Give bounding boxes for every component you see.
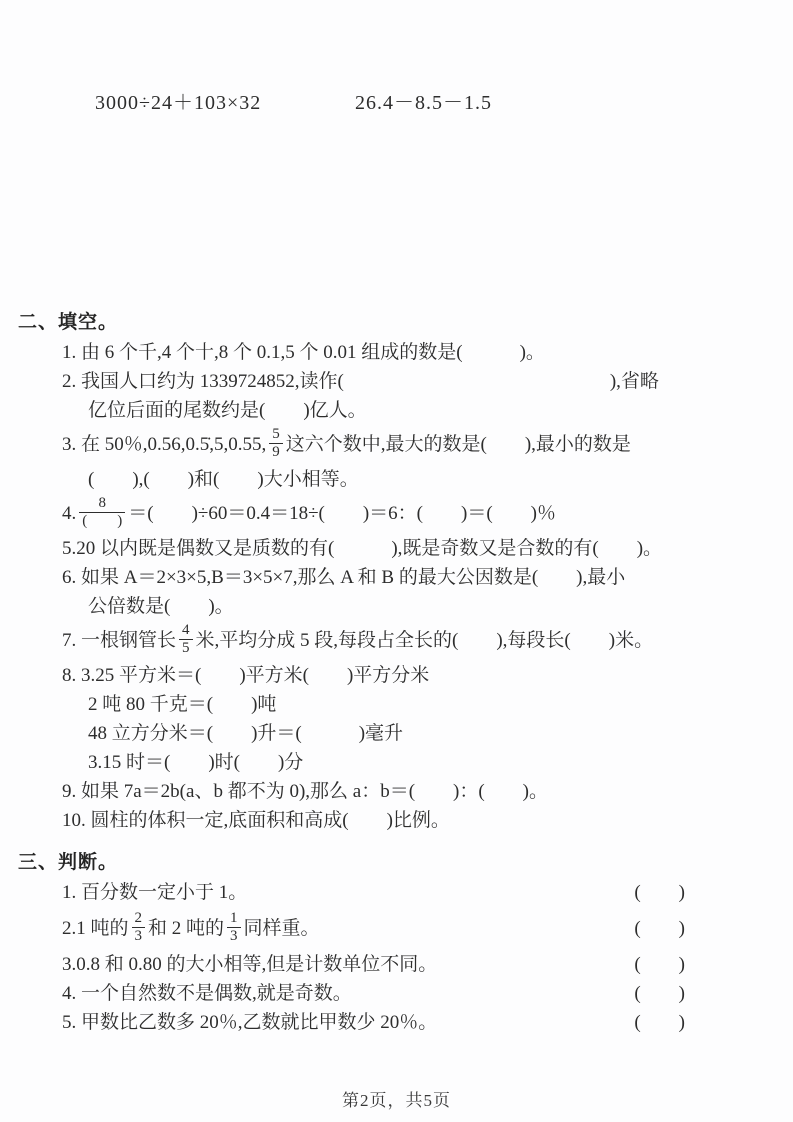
fill-q2-text2: 亿位后面的尾数约是( )亿人。 [88, 400, 367, 421]
fill-q6-text2: 公倍数是( )。 [88, 596, 234, 617]
fraction-numerator: 5 [269, 427, 283, 444]
fraction-denominator: 5 [179, 640, 193, 656]
fill-q5: 5.20 以内既是偶数又是质数的有( ),既是奇数又是合数的有( )。 [18, 534, 768, 563]
judge-q2-seg3: 同样重。 [244, 918, 320, 939]
fill-q2-line1: 2. 我国人口约为 1339724852,读作( ),省略 [18, 367, 768, 396]
fill-q3-text2: ( ),( )和( )大小相等。 [88, 469, 359, 490]
fill-q4-pre: 4. [62, 503, 76, 524]
fraction-2-3: 23 [132, 911, 146, 944]
judge-q2-text: 2.1 吨的23和 2 吨的13同样重。 [62, 911, 320, 947]
judge-q4: 4. 一个自然数不是偶数,就是奇数。 ( ) [18, 979, 685, 1008]
fill-q10: 10. 圆柱的体积一定,底面积和高成( )比例。 [18, 806, 768, 835]
fill-q3-line1: 3. 在 50％,0.56,0.5̇,5,0.55,59这六个数中,最大的数是(… [18, 425, 768, 465]
fill-q1-text: 1. 由 6 个千,4 个十,8 个 0.1,5 个 0.01 组成的数是( )… [62, 342, 545, 363]
section-fill-in-blanks: 二、填空。 1. 由 6 个千,4 个十,8 个 0.1,5 个 0.01 组成… [18, 308, 768, 835]
fraction-numerator: 8 [79, 496, 125, 513]
expression-1: 3000÷24＋103×32 [95, 86, 261, 115]
judge-q1: 1. 百分数一定小于 1。 ( ) [18, 878, 685, 907]
fill-q8-line4: 3.15 时＝( )时( )分 [18, 748, 768, 777]
fraction-denominator: ( ) [79, 513, 125, 529]
fraction-denominator: 3 [132, 928, 146, 944]
answer-bracket: ( ) [634, 950, 685, 979]
answer-bracket: ( ) [634, 911, 685, 947]
fill-section-title: 二、填空。 [18, 308, 768, 338]
fraction-4-5: 45 [179, 623, 193, 656]
page-number: 第2页，共5页 [342, 1091, 451, 1110]
fraction-numerator: 4 [179, 623, 193, 640]
judge-q2-seg1: 2.1 吨的 [62, 918, 129, 939]
fill-q2-line2: 亿位后面的尾数约是( )亿人。 [18, 396, 768, 425]
fill-q8-line2: 2 吨 80 千克＝( )吨 [18, 690, 768, 719]
answer-bracket: ( ) [634, 979, 685, 1008]
expression-2: 26.4－8.5－1.5 [355, 86, 492, 115]
judge-q2: 2.1 吨的23和 2 吨的13同样重。 ( ) [18, 907, 685, 950]
fill-q7-pre: 7. 一根钢管长 [62, 630, 176, 651]
exam-page: 3000÷24＋103×32 26.4－8.5－1.5 二、填空。 1. 由 6… [0, 0, 793, 1122]
fraction-denominator: 9 [269, 444, 283, 460]
fill-q9-text: 9. 如果 7a＝2b(a、b 都不为 0),那么 a：b＝( )：( )。 [62, 781, 548, 802]
judge-q5: 5. 甲数比乙数多 20％,乙数就比甲数少 20％。 ( ) [18, 1008, 685, 1037]
fill-q3-post: 这六个数中,最大的数是( ),最小的数是 [286, 434, 631, 455]
fill-q7-post: 米,平均分成 5 段,每段占全长的( ),每段长( )米。 [196, 630, 654, 651]
fill-q8-text4: 3.15 时＝( )时( )分 [88, 752, 303, 773]
fill-q4: 4.8( )＝( )÷60＝0.4＝18÷( )＝6：( )＝( )％ [18, 494, 768, 534]
fill-q3-pre: 3. 在 50％,0.56,0.5̇,5,0.55, [62, 434, 266, 455]
section-true-false: 三、判断。 1. 百分数一定小于 1。 ( ) 2.1 吨的23和 2 吨的13… [18, 848, 685, 1037]
fraction-8-blank: 8( ) [79, 496, 125, 529]
fill-q8-text3: 48 立方分米＝( )升＝( )毫升 [88, 723, 403, 744]
calculation-expressions: 3000÷24＋103×32 26.4－8.5－1.5 [0, 86, 793, 118]
fill-q5-text: 5.20 以内既是偶数又是质数的有( ),既是奇数又是合数的有( )。 [62, 538, 662, 559]
judge-q5-text: 5. 甲数比乙数多 20％,乙数就比甲数少 20％。 [62, 1008, 437, 1037]
fill-q3-line2: ( ),( )和( )大小相等。 [18, 465, 768, 494]
judge-q1-text: 1. 百分数一定小于 1。 [62, 878, 247, 907]
fill-q6-text1: 6. 如果 A＝2×3×5,B＝3×5×7,那么 A 和 B 的最大公因数是( … [62, 567, 625, 588]
answer-bracket: ( ) [634, 1008, 685, 1037]
fill-q1: 1. 由 6 个千,4 个十,8 个 0.1,5 个 0.01 组成的数是( )… [18, 338, 768, 367]
fraction-denominator: 3 [227, 928, 241, 944]
fill-q6-line1: 6. 如果 A＝2×3×5,B＝3×5×7,那么 A 和 B 的最大公因数是( … [18, 563, 768, 592]
judge-q2-seg2: 和 2 吨的 [148, 918, 224, 939]
page-footer: 第2页，共5页 [0, 1086, 793, 1111]
fill-q10-text: 10. 圆柱的体积一定,底面积和高成( )比例。 [62, 810, 450, 831]
fill-q8-text2: 2 吨 80 千克＝( )吨 [88, 694, 276, 715]
fill-q2-text1: 2. 我国人口约为 1339724852,读作( ),省略 [62, 371, 659, 392]
judge-q3-text: 3.0.8 和 0.80 的大小相等,但是计数单位不同。 [62, 950, 437, 979]
fill-q8-line3: 48 立方分米＝( )升＝( )毫升 [18, 719, 768, 748]
fraction-numerator: 1 [227, 911, 241, 928]
fill-q7: 7. 一根钢管长45米,平均分成 5 段,每段占全长的( ),每段长( )米。 [18, 621, 768, 661]
fill-q8-line1: 8. 3.25 平方米＝( )平方米( )平方分米 [18, 661, 768, 690]
fraction-numerator: 2 [132, 911, 146, 928]
answer-bracket: ( ) [634, 878, 685, 907]
judge-q4-text: 4. 一个自然数不是偶数,就是奇数。 [62, 979, 352, 1008]
fill-q4-post: ＝( )÷60＝0.4＝18÷( )＝6：( )＝( )％ [128, 503, 556, 524]
fraction-1-3: 13 [227, 911, 241, 944]
judge-q3: 3.0.8 和 0.80 的大小相等,但是计数单位不同。 ( ) [18, 950, 685, 979]
judge-section-title: 三、判断。 [18, 848, 685, 878]
fill-q6-line2: 公倍数是( )。 [18, 592, 768, 621]
fill-q9: 9. 如果 7a＝2b(a、b 都不为 0),那么 a：b＝( )：( )。 [18, 777, 768, 806]
fraction-5-9: 59 [269, 427, 283, 460]
fill-q8-text1: 8. 3.25 平方米＝( )平方米( )平方分米 [62, 665, 429, 686]
